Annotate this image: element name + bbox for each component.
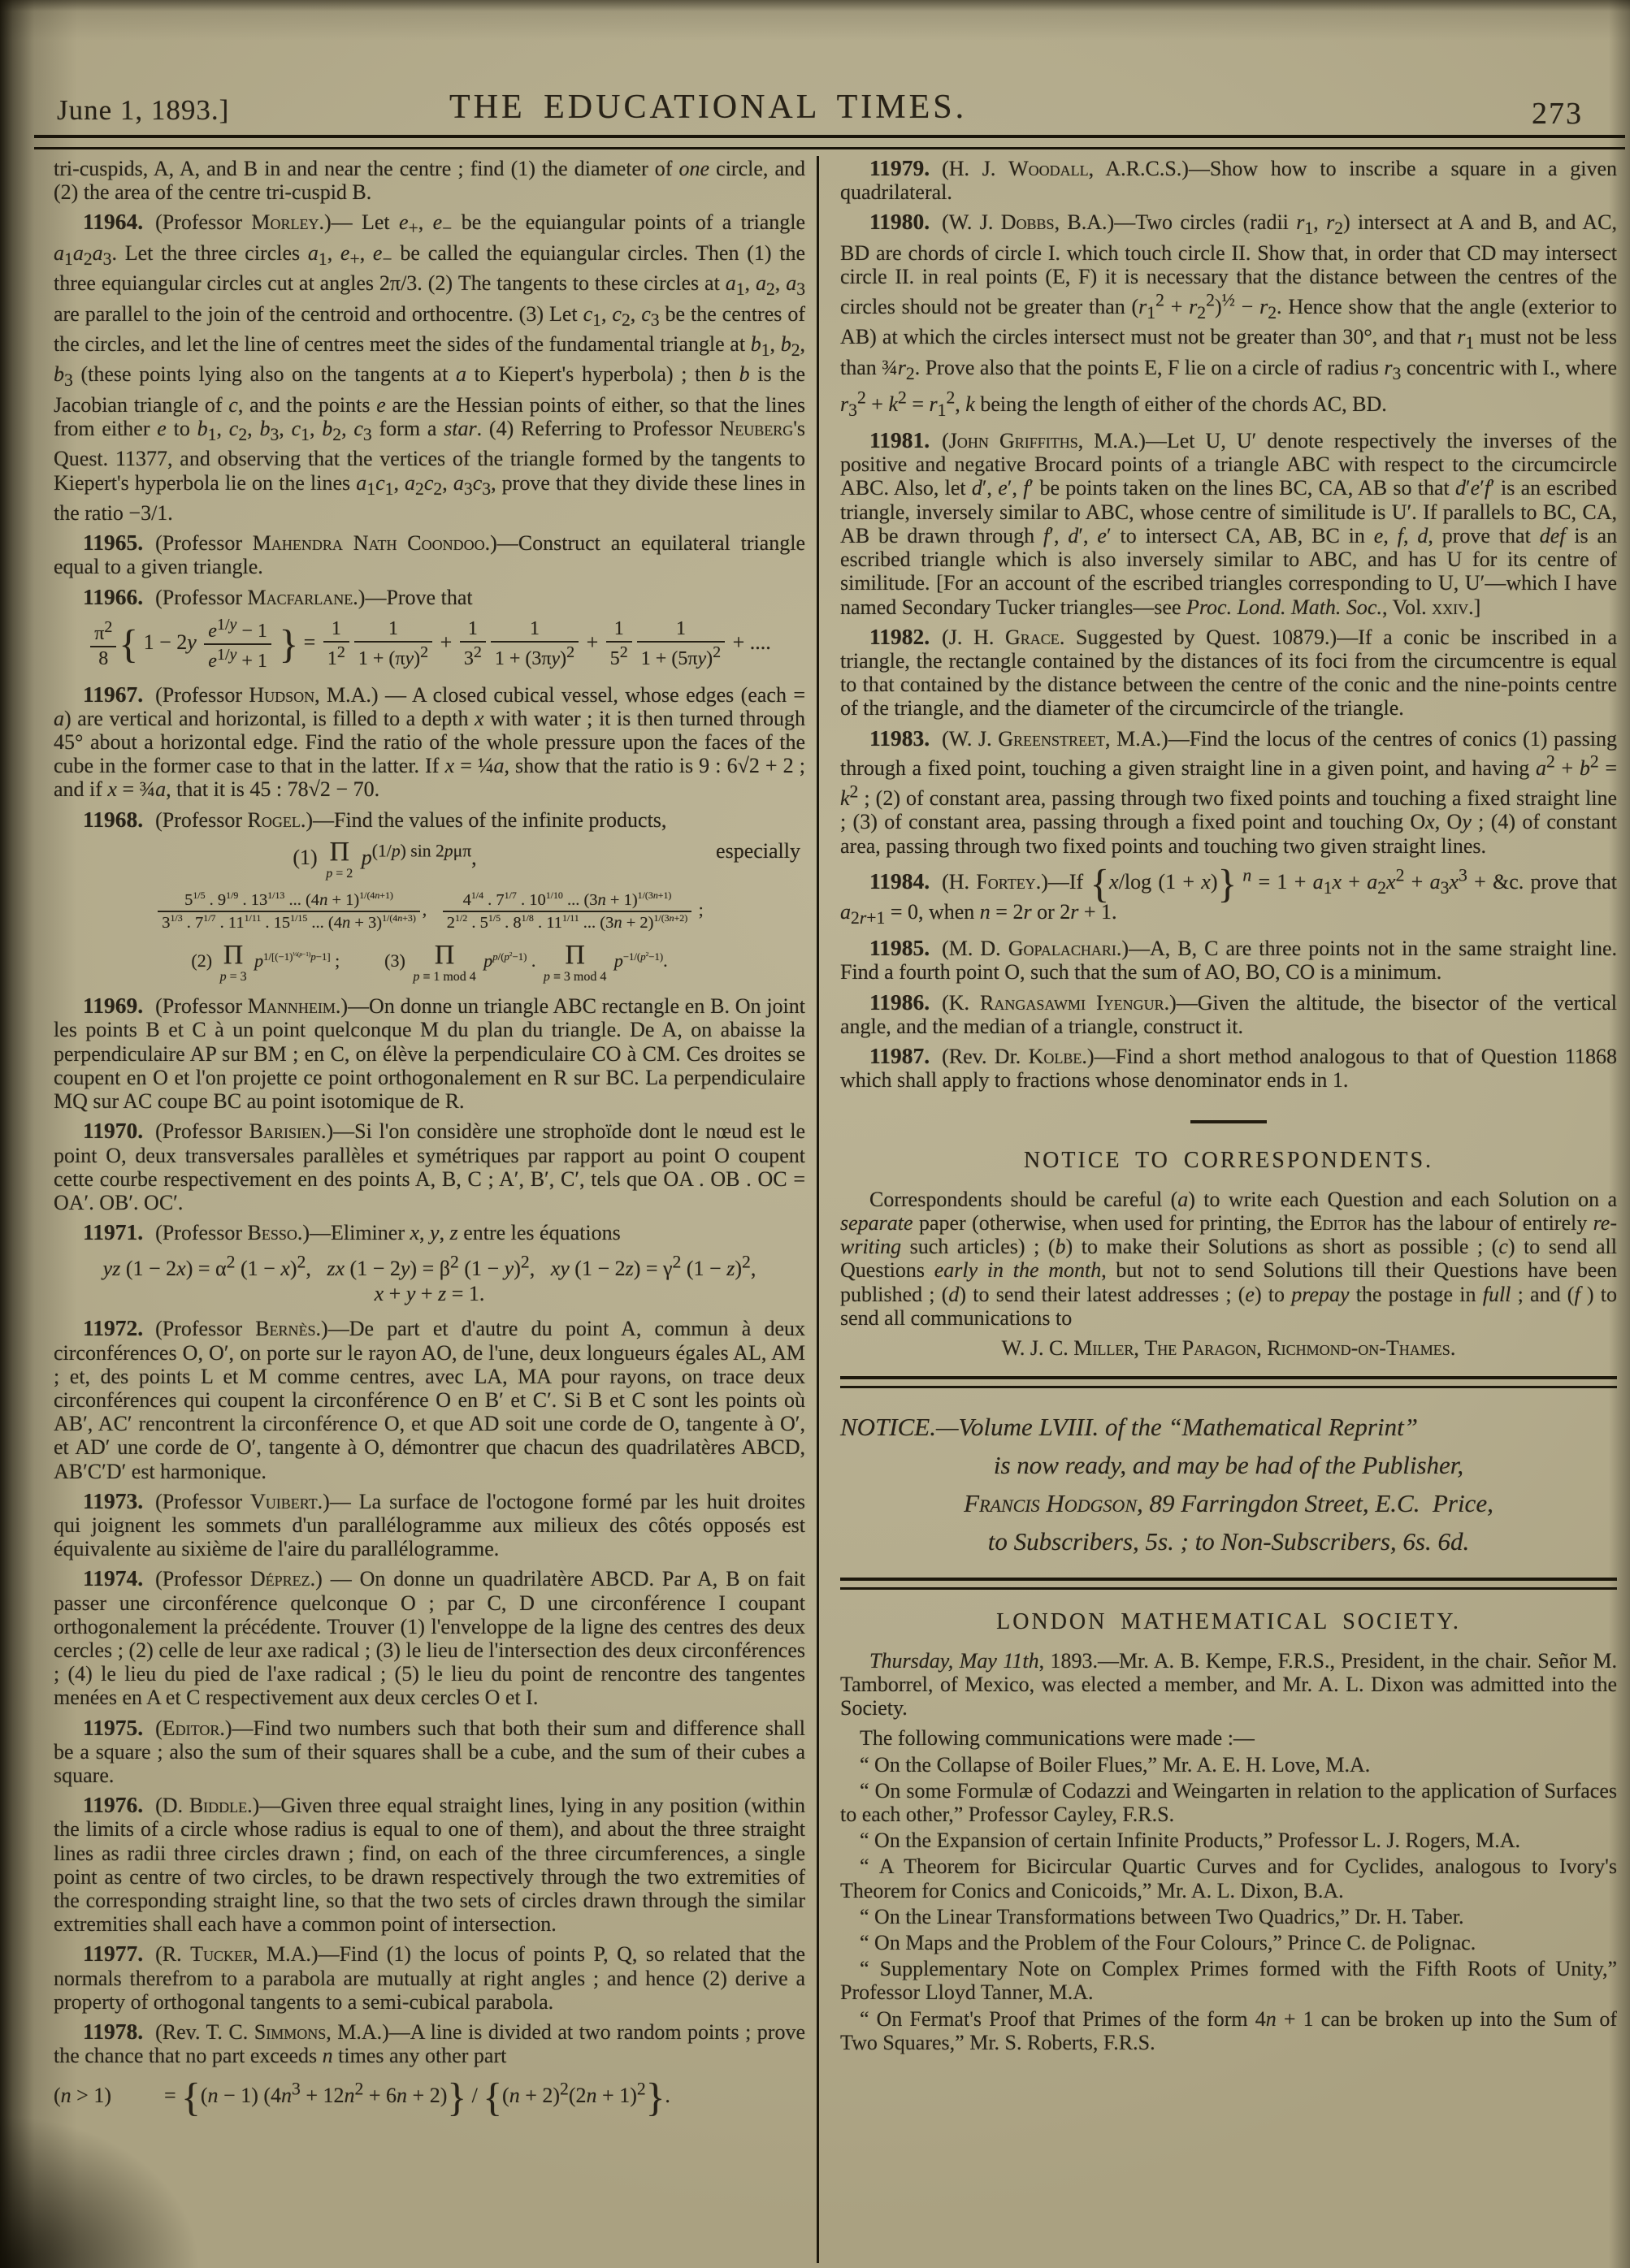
block-text: “ On the Expansion of certain Infinite P… — [860, 1829, 1520, 1852]
block-text: (John Griffiths, M.A.)—Let U, U′ denote … — [840, 429, 1617, 618]
block-text: (Professor Morley.)— Let e+, e− be the e… — [54, 210, 805, 525]
question-number: 11966. — [83, 584, 143, 609]
block-text: “ On the Collapse of Boiler Flues,” Mr. … — [860, 1753, 1370, 1777]
content-block: 11976.(D. Biddle.)—Given three equal str… — [54, 1793, 805, 1936]
content-block: 11980.(W. J. Dobbs, B.A.)—Two circles (r… — [840, 210, 1617, 422]
block-text: (Professor Déprez.) — On donne un quadri… — [54, 1567, 805, 1709]
block-text: (Professor Mahendra Nath Coondoo.)—Const… — [54, 531, 805, 578]
block-text: 51/5 . 91/9 . 131/13 ... (4n + 1)1/(4n+1… — [155, 899, 704, 920]
question-number: 11975. — [83, 1715, 143, 1740]
content-block: “ Supplementary Note on Complex Primes f… — [840, 1956, 1617, 2004]
content-block: 11987.(Rev. Dr. Kolbe.)—Find a short met… — [840, 1044, 1617, 1092]
content-block: 11982.(J. H. Grace. Suggested by Quest. … — [840, 625, 1617, 721]
question-number: 11984. — [869, 868, 930, 894]
block-text: (Rev. Dr. Kolbe.)—Find a short method an… — [840, 1045, 1617, 1092]
block-text: “ On Fermat's Proof that Primes of the f… — [840, 2007, 1617, 2054]
block-text: (Professor Bernès.)—De part et d'autre d… — [54, 1317, 805, 1482]
content-block: 11970.(Professor Barisien.)—Si l'on cons… — [54, 1119, 805, 1214]
question-number: 11967. — [83, 682, 143, 707]
content-block: 11972.(Professor Bernès.)—De part et d'a… — [54, 1316, 805, 1482]
block-text: (W. J. Dobbs, B.A.)—Two circles (radii r… — [840, 210, 1617, 415]
content-block: “ On Maps and the Problem of the Four Co… — [840, 1930, 1617, 1954]
question-number: 11982. — [869, 624, 930, 649]
content-block: yz (1 − 2x) = α2 (1 − x)2, zx (1 − 2y) =… — [54, 1251, 805, 1306]
content-block: 11981.(John Griffiths, M.A.)—Let U, U′ d… — [840, 428, 1617, 619]
content-block: Thursday, May 11th, 1893.—Mr. A. B. Kemp… — [840, 1648, 1617, 1720]
question-number: 11974. — [83, 1565, 143, 1591]
page-number: 273 — [1532, 96, 1583, 132]
content-block — [840, 1376, 1617, 1388]
question-number: 11964. — [83, 209, 143, 234]
block-text: (D. Biddle.)—Given three equal straight … — [54, 1794, 805, 1936]
block-text: Thursday, May 11th, 1893.—Mr. A. B. Kemp… — [840, 1649, 1617, 1720]
content-block: (2) Πp = 3 p1/[(−1)½(p−1)p−1] ; (3) Πp ≡… — [54, 941, 805, 984]
content-block: 11979.(H. J. Woodall, A.R.C.S.)—Show how… — [840, 156, 1617, 204]
content-block: 11975.(Editor.)—Find two numbers such th… — [54, 1716, 805, 1788]
block-text: (Professor Barisien.)—Si l'on considère … — [54, 1119, 805, 1214]
content-block: (1) Πp = 2 p(1/p) sin 2pμπ,especially — [54, 838, 805, 881]
question-number: 11971. — [83, 1219, 143, 1244]
question-number: 11978. — [83, 2019, 143, 2044]
block-text: (Professor Vuibert.)— La surface de l'oc… — [54, 1490, 805, 1560]
content-block: tri-cuspids, A, A, and B in and near the… — [54, 156, 805, 204]
question-number: 11986. — [869, 989, 930, 1015]
block-text: (Professor Rogel.)—Find the values of th… — [155, 808, 666, 832]
journal-page: June 1, 1893.] THE EDUCATIONAL TIMES. 27… — [0, 0, 1630, 2268]
question-number: 11970. — [83, 1118, 143, 1143]
content-block: (n > 1) = {(n − 1) (4n3 + 12n2 + 6n + 2)… — [54, 2073, 805, 2121]
block-text: (H. Fortey.)—If {x/log (1 + x)} n = 1 + … — [840, 870, 1617, 924]
content-block: 51/5 . 91/9 . 131/13 ... (4n + 1)1/(4n+1… — [54, 890, 805, 933]
block-text: (M. D. Gopalachari.)—A, B, C are three p… — [840, 937, 1617, 984]
block-text: (1) Πp = 2 p(1/p) sin 2pμπ,especially — [293, 846, 476, 869]
content-block: “ On the Collapse of Boiler Flues,” Mr. … — [840, 1752, 1617, 1777]
content-block: W. J. C. Miller, The Paragon, Richmond-o… — [840, 1335, 1617, 1360]
block-text: Correspondents should be careful (a) to … — [840, 1188, 1617, 1330]
content-block: 11977.(R. Tucker, M.A.)—Find (1) the loc… — [54, 1941, 805, 2014]
content-block: 11973.(Professor Vuibert.)— La surface d… — [54, 1489, 805, 1561]
block-text: (2) Πp = 3 p1/[(−1)½(p−1)p−1] ; (3) Πp ≡… — [191, 950, 667, 971]
content-block: NOTICE.—Volume LVIII. of the “Mathematic… — [840, 1408, 1617, 1560]
question-number: 11969. — [83, 993, 143, 1018]
question-number: 11987. — [869, 1043, 930, 1068]
content-block: “ On Fermat's Proof that Primes of the f… — [840, 2006, 1617, 2054]
page-header: June 1, 1893.] THE EDUCATIONAL TIMES. 27… — [57, 70, 1589, 127]
block-text: (Editor.)—Find two numbers such that bot… — [54, 1716, 805, 1787]
question-number: 11968. — [83, 807, 143, 832]
block-text: “ On Maps and the Problem of the Four Co… — [860, 1931, 1476, 1954]
content-block: LONDON MATHEMATICAL SOCIETY. — [840, 1609, 1617, 1634]
question-number: 11965. — [83, 530, 143, 555]
columns: tri-cuspids, A, A, and B in and near the… — [54, 156, 1617, 2263]
content-block: Correspondents should be careful (a) to … — [840, 1187, 1617, 1330]
question-number: 11981. — [869, 427, 930, 452]
block-text: (Professor Mannheim.)—On donne un triang… — [54, 994, 805, 1113]
block-text: “ A Theorem for Bicircular Quartic Curve… — [840, 1855, 1617, 1902]
content-block: 11964.(Professor Morley.)— Let e+, e− be… — [54, 210, 805, 525]
block-text: tri-cuspids, A, A, and B in and near the… — [54, 157, 805, 204]
header-rule — [34, 135, 1625, 149]
issue-date: June 1, 1893.] — [57, 94, 229, 127]
journal-title: THE EDUCATIONAL TIMES. — [449, 88, 967, 127]
content-block: “ On some Formulæ of Codazzi and Weingar… — [840, 1778, 1617, 1826]
content-block: 11986.(K. Rangasawmi Iyengur.)—Given the… — [840, 990, 1617, 1038]
content-block: 11974.(Professor Déprez.) — On donne un … — [54, 1566, 805, 1709]
content-block: NOTICE TO CORRESPONDENTS. — [840, 1148, 1617, 1172]
question-number: 11977. — [83, 1941, 143, 1966]
block-text: (H. J. Woodall, A.R.C.S.)—Show how to in… — [840, 157, 1617, 204]
question-number: 11976. — [83, 1792, 143, 1817]
question-number: 11972. — [83, 1315, 143, 1340]
block-text: (Rev. T. C. Simmons, M.A.)—A line is div… — [54, 2020, 805, 2067]
block-text: (Professor Hudson, M.A.) — A closed cubi… — [54, 683, 805, 802]
block-text: yz (1 − 2x) = α2 (1 − x)2, zx (1 − 2y) =… — [103, 1257, 756, 1305]
block-text: The following communications were made :… — [860, 1726, 1255, 1750]
block-text: π28{ 1 − 2y e1/y − 1e1/y + 1 } = 11211 +… — [88, 630, 771, 654]
block-text: W. J. C. Miller, The Paragon, Richmond-o… — [1002, 1336, 1456, 1360]
block-text: “ On the Linear Transformations between … — [860, 1905, 1463, 1928]
content-block: “ On the Linear Transformations between … — [840, 1904, 1617, 1928]
content-block: 11967.(Professor Hudson, M.A.) — A close… — [54, 682, 805, 802]
block-text: NOTICE TO CORRESPONDENTS. — [1024, 1148, 1433, 1173]
block-text: NOTICE.—Volume LVIII. of the “Mathematic… — [840, 1408, 1617, 1560]
content-block — [840, 1578, 1617, 1590]
content-block: 11965.(Professor Mahendra Nath Coondoo.)… — [54, 530, 805, 578]
question-number: 11979. — [869, 156, 930, 180]
content-block: π28{ 1 − 2y e1/y − 1e1/y + 1 } = 11211 +… — [54, 616, 805, 673]
content-block: 11985.(M. D. Gopalachari.)—A, B, C are t… — [840, 936, 1617, 984]
block-text: (J. H. Grace. Suggested by Quest. 10879.… — [840, 625, 1617, 721]
block-text: “ Supplementary Note on Complex Primes f… — [840, 1957, 1617, 2004]
content-block: “ On the Expansion of certain Infinite P… — [840, 1828, 1617, 1852]
question-number: 11973. — [83, 1488, 143, 1513]
block-text: (Professor Besso.)—Eliminer x, y, z entr… — [155, 1221, 621, 1244]
question-number: 11983. — [869, 725, 930, 751]
content-block: 11966.(Professor Macfarlane.)—Prove that — [54, 585, 805, 609]
block-text: “ On some Formulæ of Codazzi and Weingar… — [840, 1779, 1617, 1826]
left-column: tri-cuspids, A, A, and B in and near the… — [54, 156, 817, 2263]
content-block: 11984.(H. Fortey.)—If {x/log (1 + x)} n … — [840, 863, 1617, 930]
question-number: 11980. — [869, 209, 930, 234]
content-block: “ A Theorem for Bicircular Quartic Curve… — [840, 1854, 1617, 1902]
block-text: (K. Rangasawmi Iyengur.)—Given the altit… — [840, 991, 1617, 1038]
content-block: 11983.(W. J. Greenstreet, M.A.)—Find the… — [840, 726, 1617, 858]
content-block — [1190, 1120, 1267, 1123]
content-block: 11968.(Professor Rogel.)—Find the values… — [54, 807, 805, 832]
block-text: (W. J. Greenstreet, M.A.)—Find the locus… — [840, 727, 1617, 858]
block-text: LONDON MATHEMATICAL SOCIETY. — [996, 1609, 1461, 1634]
right-column: 11979.(H. J. Woodall, A.R.C.S.)—Show how… — [819, 156, 1617, 2263]
content-block: 11978.(Rev. T. C. Simmons, M.A.)—A line … — [54, 2019, 805, 2067]
block-text: (Professor Macfarlane.)—Prove that — [155, 586, 472, 609]
content-block: The following communications were made :… — [840, 1725, 1617, 1750]
content-block: 11971.(Professor Besso.)—Eliminer x, y, … — [54, 1220, 805, 1244]
block-text: (R. Tucker, M.A.)—Find (1) the locus of … — [54, 1942, 805, 2013]
block-text: (n > 1) = {(n − 1) (4n3 + 12n2 + 6n + 2)… — [54, 2084, 670, 2107]
question-number: 11985. — [869, 935, 930, 960]
content-block: 11969.(Professor Mannheim.)—On donne un … — [54, 993, 805, 1113]
